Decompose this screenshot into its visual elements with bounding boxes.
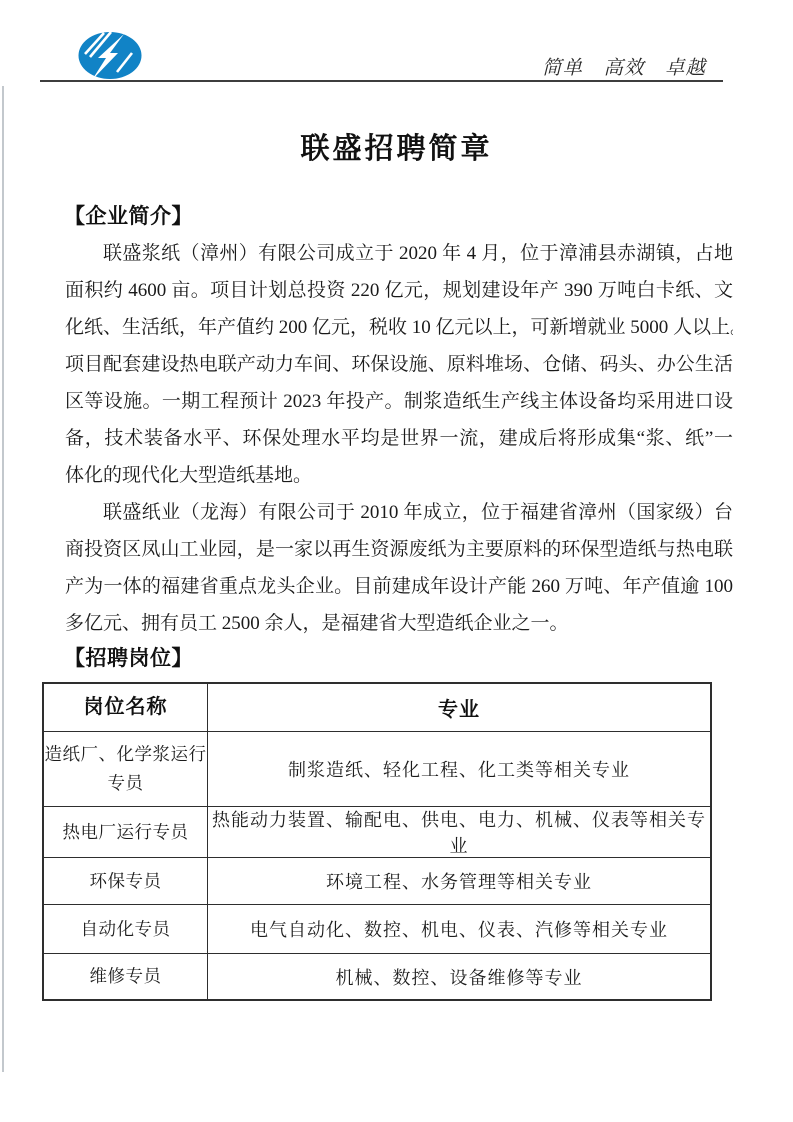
- column-header-post: 岗位名称: [44, 684, 208, 731]
- post-cell: 维修专员: [44, 954, 208, 999]
- page-edge-line: [2, 86, 4, 1072]
- page: 简单 高效 卓越 联盛招聘简章 【企业简介】 联盛浆纸（漳州）有限公司成立于 2…: [0, 0, 793, 1122]
- post-cell: 自动化专员: [44, 905, 208, 953]
- major-cell: 电气自动化、数控、机电、仪表、汽修等相关专业: [208, 905, 710, 953]
- text-line: 区等设施。一期工程预计 2023 年投产。制浆造纸生产线主体设备均采用进口设: [65, 383, 733, 420]
- major-cell: 环境工程、水务管理等相关专业: [208, 858, 710, 904]
- text-line: 备，技术装备水平、环保处理水平均是世界一流，建成后将形成集“浆、纸”一: [65, 420, 733, 457]
- text-line: 体化的现代化大型造纸基地。: [65, 457, 733, 494]
- table-row: 热电厂运行专员 热能动力装置、输配电、供电、电力、机械、仪表等相关专业: [44, 806, 710, 857]
- major-cell: 机械、数控、设备维修等专业: [208, 954, 710, 999]
- text-line: 多亿元、拥有员工 2500 余人，是福建省大型造纸企业之一。: [65, 605, 733, 642]
- text-line: 化纸、生活纸，年产值约 200 亿元，税收 10 亿元以上，可新增就业 5000…: [65, 309, 733, 346]
- text-line: 联盛浆纸（漳州）有限公司成立于 2020 年 4 月，位于漳浦县赤湖镇，占地: [65, 235, 733, 272]
- table-row: 造纸厂、化学浆运行专员 制浆造纸、轻化工程、化工类等相关专业: [44, 731, 710, 806]
- jobs-table: 岗位名称 专业 造纸厂、化学浆运行专员 制浆造纸、轻化工程、化工类等相关专业 热…: [42, 682, 712, 1001]
- post-cell: 造纸厂、化学浆运行专员: [44, 732, 208, 806]
- header-tagline: 简单 高效 卓越: [542, 52, 706, 80]
- table-row: 环保专员 环境工程、水务管理等相关专业: [44, 857, 710, 904]
- text-line: 产为一体的福建省重点龙头企业。目前建成年设计产能 260 万吨、年产值逾 100: [65, 568, 733, 605]
- text-line: 商投资区凤山工业园，是一家以再生资源废纸为主要原料的环保型造纸与热电联: [65, 531, 733, 568]
- text-line: 面积约 4600 亩。项目计划总投资 220 亿元，规划建设年产 390 万吨白…: [65, 272, 733, 309]
- major-cell: 制浆造纸、轻化工程、化工类等相关专业: [208, 732, 710, 806]
- jobs-table-body: 造纸厂、化学浆运行专员 制浆造纸、轻化工程、化工类等相关专业 热电厂运行专员 热…: [44, 731, 710, 999]
- intro-section-heading: 【企业简介】: [64, 200, 193, 230]
- column-header-major: 专业: [208, 684, 710, 731]
- jobs-table-header-row: 岗位名称 专业: [44, 684, 710, 731]
- page-title: 联盛招聘简章: [0, 126, 793, 167]
- major-cell: 热能动力装置、输配电、供电、电力、机械、仪表等相关专业: [208, 807, 710, 857]
- table-row: 维修专员 机械、数控、设备维修等专业: [44, 953, 710, 999]
- header-rule: [40, 80, 723, 82]
- text-line: 联盛纸业（龙海）有限公司于 2010 年成立，位于福建省漳州（国家级）台: [65, 494, 733, 531]
- intro-paragraph-2: 联盛纸业（龙海）有限公司于 2010 年成立，位于福建省漳州（国家级）台商投资区…: [65, 494, 733, 642]
- table-row: 自动化专员 电气自动化、数控、机电、仪表、汽修等相关专业: [44, 904, 710, 953]
- jobs-section-heading: 【招聘岗位】: [64, 642, 193, 672]
- post-cell: 环保专员: [44, 858, 208, 904]
- text-line: 项目配套建设热电联产动力车间、环保设施、原料堆场、仓储、码头、办公生活: [65, 346, 733, 383]
- post-cell: 热电厂运行专员: [44, 807, 208, 857]
- lightning-bolt-logo-icon: [78, 32, 142, 81]
- intro-paragraph-1: 联盛浆纸（漳州）有限公司成立于 2020 年 4 月，位于漳浦县赤湖镇，占地面积…: [65, 235, 733, 494]
